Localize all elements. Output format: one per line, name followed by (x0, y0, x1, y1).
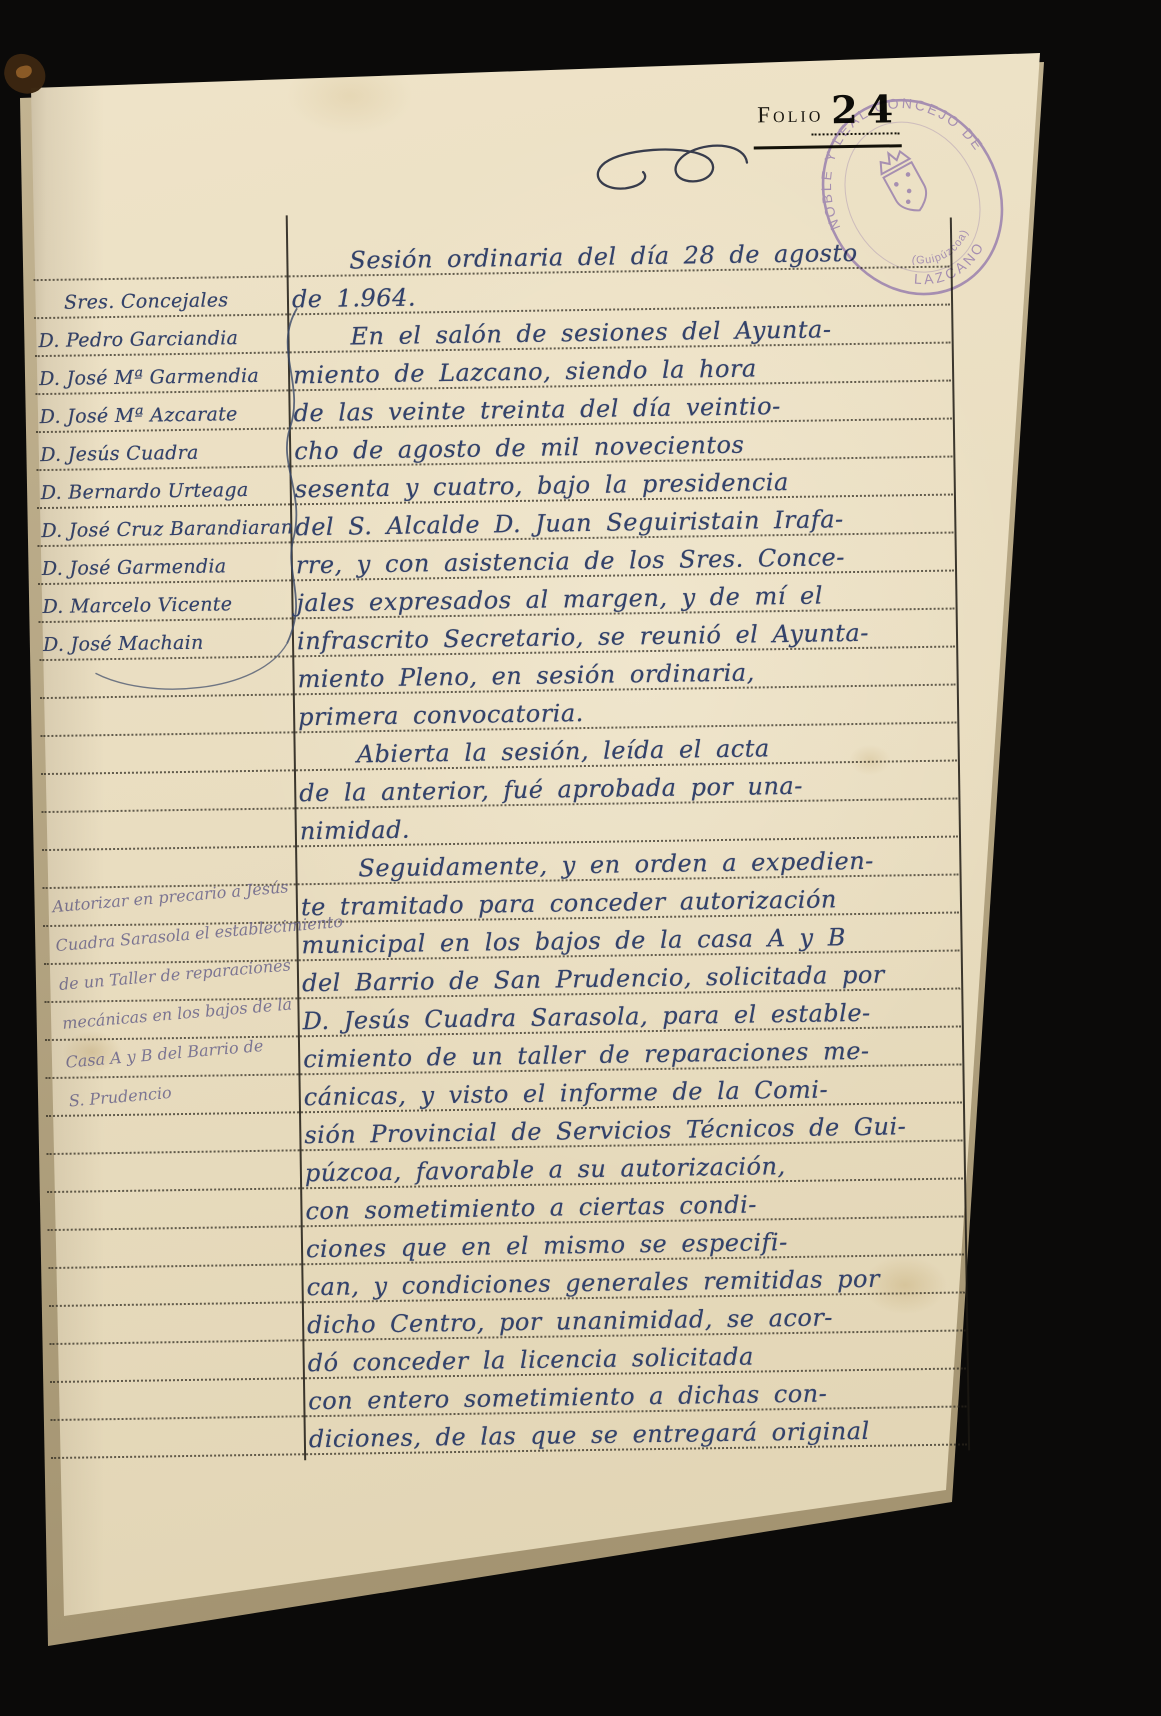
councillor-name: D. Marcelo Vicente (42, 584, 291, 626)
councillor-name: D. José Cruz Barandiaran (41, 508, 290, 550)
attendees-margin-list: Sres. Concejales D. Pedro GarciandiaD. J… (38, 280, 292, 664)
municipal-seal-stamp: NOBLE Y LEAL CONCEJO DE LAZCANO (Guipúzc… (799, 72, 1027, 321)
councillor-name: D. Pedro Garciandia (38, 318, 287, 360)
councillor-name: D. José Garmendia (42, 546, 291, 588)
councillor-name: D. José Mª Garmendia (39, 356, 288, 398)
minutes-body-text: Sesión ordinaria del día 28 de agostode … (291, 233, 971, 1459)
councillor-name: D. Jesús Cuadra (40, 432, 289, 474)
councillor-name: D. José Mª Azcarate (39, 394, 288, 436)
margin-annotation: Autorizar en precario a JesúsCuadra Sara… (51, 868, 302, 1121)
signature-flourish-icon (585, 136, 756, 209)
stamp-emblem (874, 146, 933, 218)
councillor-name: D. Bernardo Urteaga (41, 470, 290, 512)
councillor-name: D. José Machain (43, 622, 292, 664)
attendees-heading: Sres. Concejales (38, 280, 287, 322)
page-content: Folio 24 Sres. Concejales D. Pedro Garci… (0, 0, 1161, 1716)
ruled-lines (0, 0, 1148, 8)
scanned-minute-book-page: Folio 24 Sres. Concejales D. Pedro Garci… (0, 0, 1161, 1716)
